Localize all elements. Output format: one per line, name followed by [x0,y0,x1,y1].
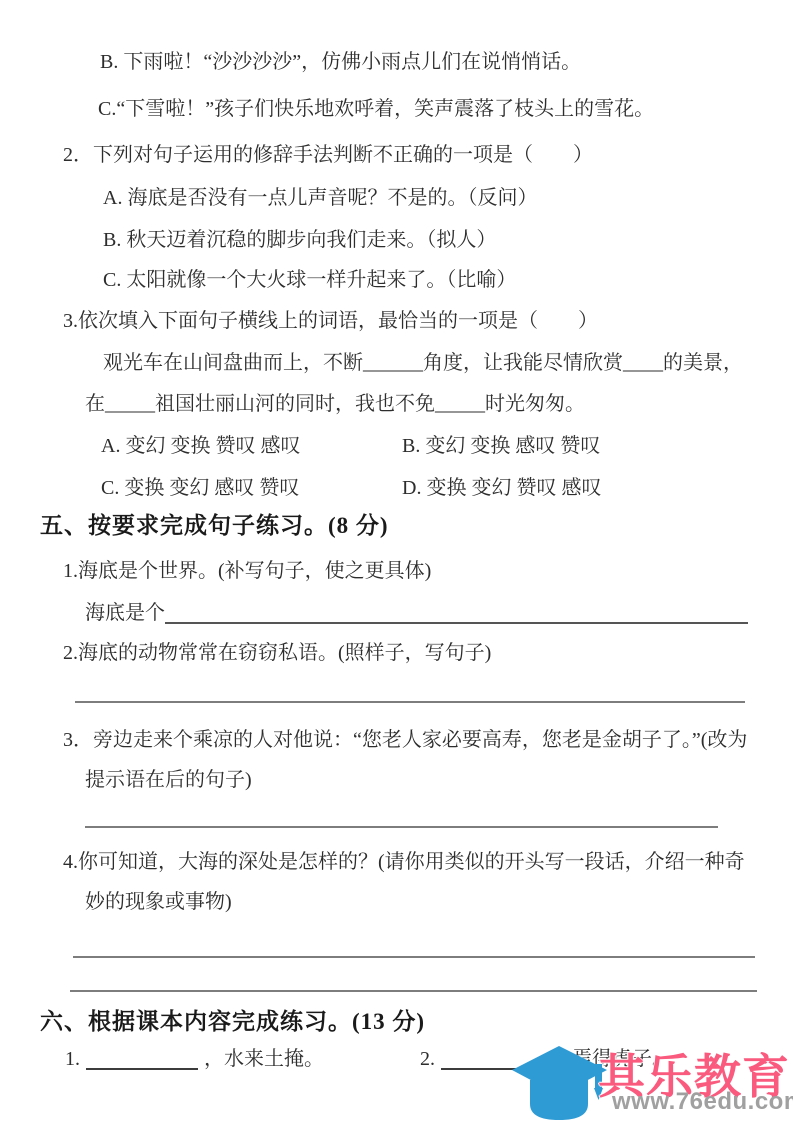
answer-blank [165,622,748,624]
s4-q2-option-c: C. 太阳就像一个大火球一样升起来了。（比喻） [103,268,516,293]
s6-item2-number: 2. [420,1047,435,1072]
answer-line [73,956,755,958]
s4-q2-stem: 2．下列对句子运用的修辞手法判断不正确的一项是（ ） [63,143,593,168]
s4-q3-passage-line2: 在_____祖国壮丽山河的同时，我也不免_____时光匆匆。 [85,392,585,417]
s4-q2-option-b: B. 秋天迈着沉稳的脚步向我们走来。（拟人） [103,228,496,253]
s5-q1: 1.海底是个世界。(补写句子，使之更具体) [63,559,431,584]
s6-item1: 1. ，水来土掩。 [65,1046,324,1072]
s4-q1-option-b: B. 下雨啦！“沙沙沙沙”，仿佛小雨点儿们在说悄悄话。 [100,50,581,75]
s5-q4-line2: 妙的现象或事物) [85,890,232,915]
s5-q1-answer-row: 海底是个 [85,598,748,626]
s6-item2-text: ，焉得虎子。 [552,1047,672,1072]
s4-q3-option-a: A. 变幻 变换 赞叹 感叹 [101,434,300,459]
s4-q1-option-c: C.“下雪啦！”孩子们快乐地欢呼着，笑声震落了枝头上的雪花。 [98,97,654,122]
answer-blank [441,1048,546,1070]
s4-q3-passage-line1: 观光车在山间盘曲而上，不断______角度，让我能尽情欣赏____的美景， [103,351,743,376]
s5-q3-line2: 提示语在后的句子) [85,768,252,793]
answer-line [75,701,745,703]
section6-heading: 六、根据课本内容完成练习。(13 分) [40,1008,425,1037]
section5-heading: 五、按要求完成句子练习。(8 分) [40,512,389,541]
s4-q3-option-c: C. 变换 变幻 感叹 赞叹 [101,476,299,501]
s4-q2-option-a: A. 海底是否没有一点儿声音呢？不是的。（反问） [103,186,537,211]
watermark-url: www.76edu.com [612,1088,793,1116]
answer-line [85,826,718,828]
s4-q3-option-d: D. 变换 变幻 赞叹 感叹 [402,476,601,501]
answer-line [70,990,757,992]
s6-item1-text: ，水来土掩。 [204,1047,324,1072]
s4-q3-stem: 3.依次填入下面句子横线上的词语，最恰当的一项是（ ） [63,309,598,334]
s5-q2: 2.海底的动物常常在窃窃私语。(照样子，写句子) [63,641,491,666]
s6-item2: 2. ，焉得虎子。 [420,1046,672,1072]
s5-q3-line1: 3．旁边走来个乘凉的人对他说：“您老人家必要高寿，您老是金胡子了。”(改为 [63,728,747,753]
answer-blank [86,1048,198,1070]
s6-item1-number: 1. [65,1047,80,1072]
exam-page: B. 下雨啦！“沙沙沙沙”，仿佛小雨点儿们在说悄悄话。 C.“下雪啦！”孩子们快… [0,0,793,1122]
s5-q1-answer-prefix: 海底是个 [85,601,165,626]
s5-q4-line1: 4.你可知道，大海的深处是怎样的？(请你用类似的开头写一段话，介绍一种奇 [63,850,745,875]
s4-q3-option-b: B. 变幻 变换 感叹 赞叹 [402,434,600,459]
